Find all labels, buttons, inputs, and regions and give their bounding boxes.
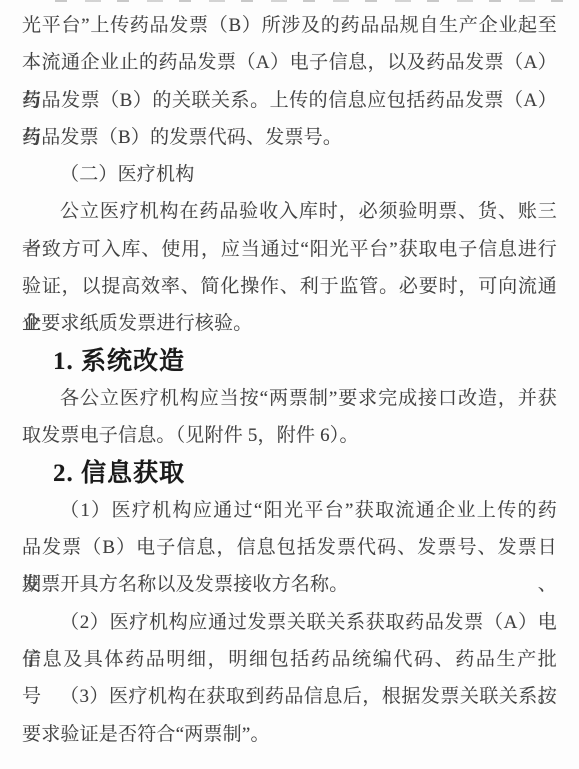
text-line: 要求验证是否符合“两票制”。: [22, 716, 557, 753]
text-line: 信息及具体药品明细，明细包括药品统编代码、药品生产批号。: [22, 641, 557, 678]
section-heading: 1. 系统改造: [22, 343, 557, 380]
text-line: 品发票（B）电子信息，信息包括发票代码、发票号、发票日期、: [22, 529, 557, 566]
text-line: 药品发票（B）的发票代码、发票号。: [22, 119, 557, 156]
text-line: 药品发票（B）的关联关系。上传的信息应包括药品发票（A）与: [22, 82, 557, 119]
text-line: （2）医疗机构应通过发票关联关系获取药品发票（A）电子: [22, 604, 557, 641]
document-body: 光平台”上传药品发票（B）所涉及的药品品规自生产企业起至本流通企业止的药品发票（…: [22, 7, 557, 753]
text-line: 本流通企业止的药品发票（A）电子信息，以及药品发票（A）与: [22, 44, 557, 81]
text-line: （1）医疗机构应通过“阳光平台”获取流通企业上传的药: [22, 492, 557, 529]
text-line: （3）医疗机构在获取到药品信息后，根据发票关联关系按: [22, 678, 557, 715]
section-heading: 2. 信息获取: [22, 455, 557, 492]
text-line: 光平台”上传药品发票（B）所涉及的药品品规自生产企业起至: [22, 7, 557, 44]
text-line: 验证，以提高效率、简化操作、利于监管。必要时，可向流通企: [22, 268, 557, 305]
text-line: 业要求纸质发票进行核验。: [22, 305, 557, 342]
document-page: 光平台”上传药品发票（B）所涉及的药品品规自生产企业起至本流通企业止的药品发票（…: [0, 0, 579, 769]
text-line: 各公立医疗机构应当按“两票制”要求完成接口改造，并获: [22, 380, 557, 417]
text-line: 一致方可入库、使用，应当通过“阳光平台”获取电子信息进行: [22, 231, 557, 268]
text-line: 公立医疗机构在药品验收入库时，必须验明票、货、账三者: [22, 193, 557, 230]
text-line: 取发票电子信息。（见附件 5，附件 6）。: [22, 417, 557, 454]
text-line: （二）医疗机构: [22, 156, 557, 193]
scan-artifact-line: [55, 0, 579, 2]
